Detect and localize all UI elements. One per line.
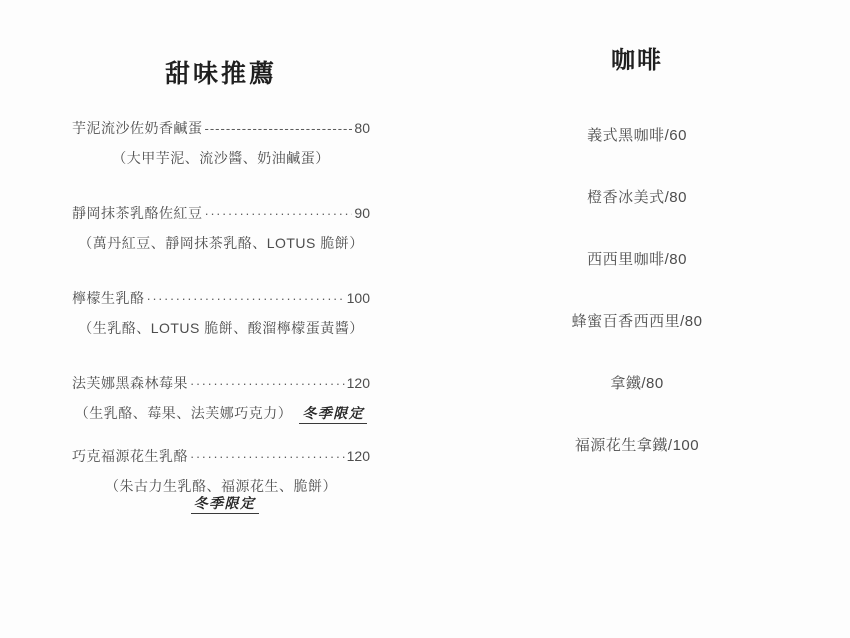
menu-item-ingredients: （生乳酪、LOTUS 脆餅、酸溜檸檬蛋黃醬）	[72, 320, 370, 337]
menu-item-price: 120	[347, 448, 370, 465]
coffee-item-sicilian-coffee: 西西里咖啡/80	[504, 249, 770, 271]
menu-item-name: 芋泥流沙佐奶香鹹蛋	[72, 120, 203, 137]
dessert-section-title: 甜味推薦	[72, 54, 370, 90]
coffee-item-name: 橙香冰美式	[587, 189, 665, 206]
menu-item-ingredients: （萬丹紅豆、靜岡抹茶乳酪、LOTUS 脆餅）	[72, 235, 370, 252]
menu-item-choc-peanut-cheese: 巧克福源花生乳酪 ·······························…	[72, 448, 370, 514]
menu-item-ingredients: （朱古力生乳酪、福源花生、脆餅）冬季限定	[72, 478, 370, 514]
coffee-item-name: 義式黑咖啡	[587, 127, 665, 144]
coffee-item-price: 80	[669, 189, 687, 206]
menu-item-price: 120	[347, 375, 370, 392]
menu-item-name: 法芙娜黑森林莓果	[72, 375, 188, 392]
coffee-item-orange-iced-americano: 橙香冰美式/80	[504, 187, 770, 209]
ingredients-text: （生乳酪、莓果、法芙娜巧克力）	[75, 405, 293, 421]
ingredients-text: （朱古力生乳酪、福源花生、脆餅）	[105, 478, 337, 494]
menu-item-ingredients: （大甲芋泥、流沙醬、奶油鹹蛋）	[72, 150, 370, 167]
menu-item-taro-salted-egg: 芋泥流沙佐奶香鹹蛋 ------------------------------…	[72, 120, 370, 167]
menu-item-name: 靜岡抹茶乳酪佐紅豆	[72, 205, 203, 222]
menu-item-name-row: 法芙娜黑森林莓果 ·······························…	[72, 375, 370, 392]
menu-item-lemon-cheese: 檸檬生乳酪 ··································…	[72, 290, 370, 337]
menu-item-name-row: 檸檬生乳酪 ··································…	[72, 290, 370, 307]
menu-item-name-row: 芋泥流沙佐奶香鹹蛋 ------------------------------…	[72, 120, 370, 137]
coffee-item-honey-passionfruit-sicilian: 蜂蜜百香西西里/80	[504, 311, 770, 333]
price-leader: ········································…	[190, 375, 345, 392]
menu-page: 甜味推薦 芋泥流沙佐奶香鹹蛋 -------------------------…	[0, 0, 850, 638]
coffee-item-price: 80	[669, 251, 687, 268]
menu-item-price: 80	[354, 120, 370, 137]
price-leader: ----------------------------------------…	[205, 120, 353, 137]
seasonal-badge: 冬季限定	[191, 495, 259, 514]
coffee-item-price: 80	[685, 313, 703, 330]
coffee-item-latte: 拿鐵/80	[504, 373, 770, 395]
dessert-section: 甜味推薦 芋泥流沙佐奶香鹹蛋 -------------------------…	[72, 54, 370, 552]
coffee-item-peanut-latte: 福源花生拿鐵/100	[504, 435, 770, 457]
coffee-item-name: 西西里咖啡	[587, 251, 665, 268]
seasonal-badge: 冬季限定	[299, 405, 367, 424]
coffee-item-price: 100	[673, 437, 700, 454]
ingredients-text: （大甲芋泥、流沙醬、奶油鹹蛋）	[112, 150, 330, 166]
menu-item-name-row: 靜岡抹茶乳酪佐紅豆 ······························…	[72, 205, 370, 222]
coffee-item-name: 拿鐵	[610, 375, 641, 392]
coffee-item-name: 蜂蜜百香西西里	[572, 313, 681, 330]
coffee-section-title: 咖啡	[504, 40, 770, 75]
price-leader: ········································…	[190, 448, 345, 465]
menu-item-ingredients: （生乳酪、莓果、法芙娜巧克力）冬季限定	[72, 405, 370, 424]
menu-item-valrhona-berry: 法芙娜黑森林莓果 ·······························…	[72, 375, 370, 424]
coffee-item-espresso: 義式黑咖啡/60	[504, 125, 770, 147]
coffee-section: 咖啡 義式黑咖啡/60 橙香冰美式/80 西西里咖啡/80 蜂蜜百香西西里/80…	[504, 40, 770, 497]
price-leader: ········································…	[147, 290, 345, 307]
menu-item-price: 100	[347, 290, 370, 307]
ingredients-text: （生乳酪、LOTUS 脆餅、酸溜檸檬蛋黃醬）	[78, 320, 364, 336]
menu-item-name: 檸檬生乳酪	[72, 290, 145, 307]
ingredients-text: （萬丹紅豆、靜岡抹茶乳酪、LOTUS 脆餅）	[78, 235, 364, 251]
menu-item-name-row: 巧克福源花生乳酪 ·······························…	[72, 448, 370, 465]
menu-item-name: 巧克福源花生乳酪	[72, 448, 188, 465]
price-leader: ········································…	[205, 205, 353, 222]
coffee-item-price: 80	[646, 375, 664, 392]
menu-item-matcha-red-bean: 靜岡抹茶乳酪佐紅豆 ······························…	[72, 205, 370, 252]
menu-item-price: 90	[354, 205, 370, 222]
coffee-item-name: 福源花生拿鐵	[575, 437, 668, 454]
coffee-item-price: 60	[669, 127, 687, 144]
